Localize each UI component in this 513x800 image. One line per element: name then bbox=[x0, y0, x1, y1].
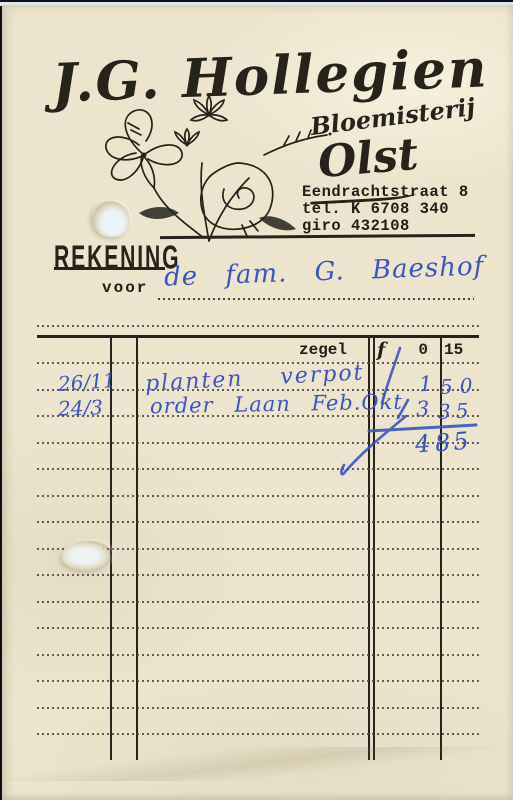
scanned-invoice-page: J.G. Hollegien bbox=[0, 0, 513, 800]
title-underline bbox=[54, 267, 165, 270]
ruled-line bbox=[37, 680, 480, 682]
ruled-line bbox=[37, 601, 480, 603]
table-top-border bbox=[37, 335, 479, 338]
ruled-line bbox=[37, 495, 480, 497]
giro-line: giro 432108 bbox=[302, 217, 410, 235]
address-line: Eendrachtstraat 8 bbox=[302, 183, 469, 201]
ruled-line bbox=[37, 627, 480, 629]
ruled-line bbox=[37, 521, 480, 523]
ruled-line bbox=[37, 325, 480, 327]
handwritten-ink-strokes bbox=[332, 340, 492, 485]
ruled-line bbox=[37, 733, 480, 735]
entry-date: 26/11 bbox=[57, 368, 116, 396]
paper-damage-hole bbox=[92, 201, 130, 237]
document-title: REKENING bbox=[54, 238, 180, 277]
ruled-line bbox=[37, 707, 480, 709]
address-block: Eendrachtstraat 8tel. K 6708 340giro 432… bbox=[302, 184, 469, 235]
paper-crease bbox=[2, 747, 513, 781]
for-label: voor bbox=[102, 279, 148, 297]
invoice-paper: J.G. Hollegien bbox=[2, 5, 513, 800]
ruled-line bbox=[37, 574, 480, 576]
entry-date: 24/3 bbox=[58, 395, 104, 421]
business-city: Olst bbox=[316, 129, 420, 189]
ruled-line bbox=[37, 654, 480, 656]
phone-line: tel. K 6708 340 bbox=[302, 200, 449, 218]
paper-damage-hole bbox=[62, 541, 112, 571]
